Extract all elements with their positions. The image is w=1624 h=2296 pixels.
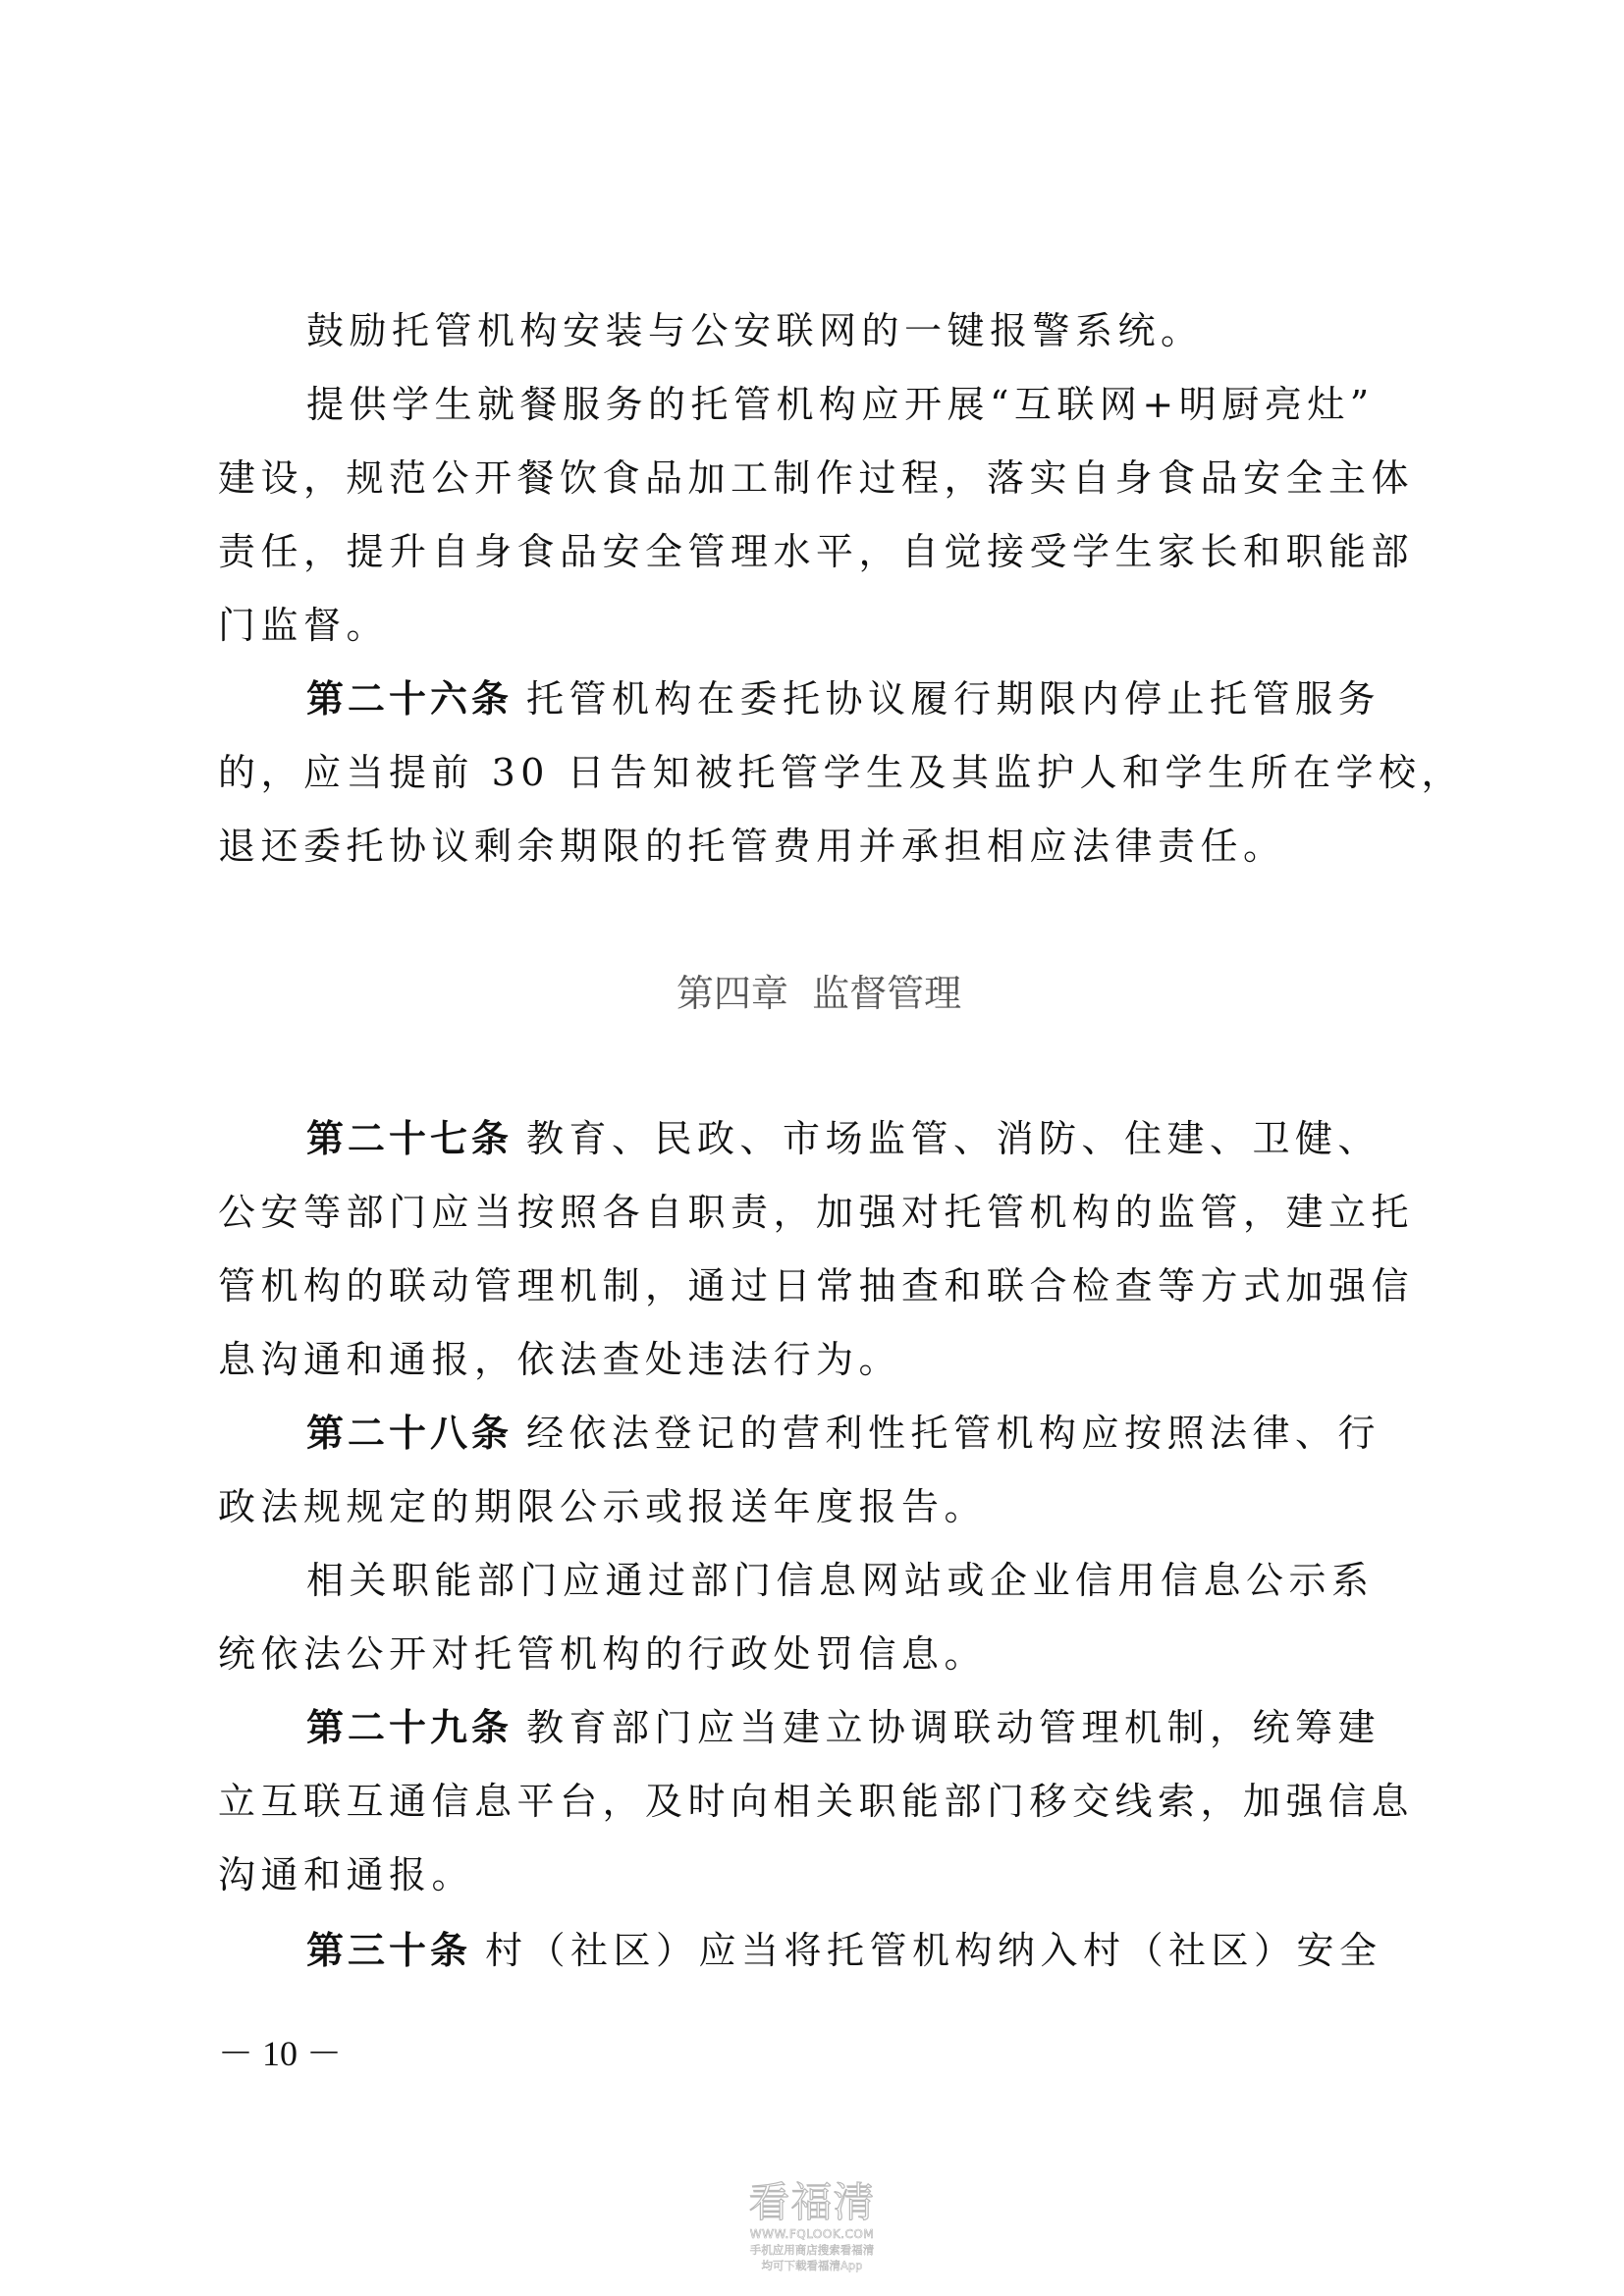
line-text: 门监督。 bbox=[218, 604, 389, 647]
page-number: － 10 － bbox=[218, 2029, 342, 2078]
watermark-logo: 看福清 bbox=[733, 2179, 891, 2226]
watermark: 看福清 WWW.FQLOOK.COM 手机应用商店搜索看福清 均可下载看福清Ap… bbox=[733, 2179, 891, 2273]
line-text: 公安等部门应当按照各自职责，加强对托管机构的监管，建立托 bbox=[218, 1191, 1414, 1234]
article-number: 第二十八条 bbox=[306, 1411, 513, 1455]
line-text: 相关职能部门应通过部门信息网站或企业信用信息公示系 bbox=[306, 1559, 1375, 1602]
line-text: 建设，规范公开餐饮食品加工制作过程，落实自身食品安全主体 bbox=[218, 456, 1414, 500]
line-text: 政法规规定的期限公示或报送年度报告。 bbox=[218, 1485, 987, 1528]
article-26-line: 第二十六条托管机构在委托协议履行期限内停止托管服务 bbox=[218, 669, 1514, 728]
line-text: 鼓励托管机构安装与公安联网的一键报警系统。 bbox=[306, 309, 1204, 352]
article-number: 第二十七条 bbox=[306, 1116, 513, 1160]
watermark-text: 手机应用商店搜索看福清 bbox=[733, 2242, 891, 2258]
paragraph-line: 门监督。 bbox=[218, 596, 1426, 655]
line-text: 经依法登记的营利性托管机构应按照法律、行 bbox=[526, 1412, 1380, 1455]
line-text: 立互联互通信息平台，及时向相关职能部门移交线索，加强信息 bbox=[218, 1780, 1414, 1823]
line-text: 村（社区）应当将托管机构纳入村（社区）安全 bbox=[485, 1929, 1382, 1972]
watermark-url: WWW.FQLOOK.COM bbox=[733, 2226, 891, 2242]
line-text: 统依法公开对托管机构的行政处罚信息。 bbox=[218, 1632, 987, 1676]
article-number: 第二十九条 bbox=[306, 1705, 513, 1749]
paragraph-line: 责任，提升自身食品安全管理水平，自觉接受学生家长和职能部 bbox=[218, 522, 1426, 581]
paragraph-line: 公安等部门应当按照各自职责，加强对托管机构的监管，建立托 bbox=[218, 1183, 1426, 1242]
line-text: 教育、民政、市场监管、消防、住建、卫健、 bbox=[526, 1117, 1380, 1160]
paragraph-line: 提供学生就餐服务的托管机构应开展“互联网+明厨亮灶” bbox=[218, 375, 1514, 434]
paragraph-line: 政法规规定的期限公示或报送年度报告。 bbox=[218, 1477, 1426, 1536]
article-number: 第三十条 bbox=[306, 1928, 471, 1972]
paragraph-line: 退还委托协议剩余期限的托管费用并承担相应法律责任。 bbox=[218, 817, 1426, 876]
line-text: 沟通和通报。 bbox=[218, 1853, 474, 1896]
paragraph-line: 沟通和通报。 bbox=[218, 1845, 1426, 1904]
paragraph-line: 鼓励托管机构安装与公安联网的一键报警系统。 bbox=[218, 301, 1514, 360]
paragraph-line: 的，应当提前 30 日告知被托管学生及其监护人和学生所在学校， bbox=[218, 743, 1426, 802]
line-text: 托管机构在委托协议履行期限内停止托管服务 bbox=[526, 677, 1380, 721]
line-text: 退还委托协议剩余期限的托管费用并承担相应法律责任。 bbox=[218, 825, 1286, 868]
article-29-line: 第二十九条教育部门应当建立协调联动管理机制，统筹建 bbox=[218, 1698, 1514, 1757]
line-text: 的，应当提前 30 日告知被托管学生及其监护人和学生所在学校， bbox=[218, 751, 1464, 794]
article-30-line: 第三十条村（社区）应当将托管机构纳入村（社区）安全 bbox=[218, 1921, 1514, 1980]
article-number: 第二十六条 bbox=[306, 676, 513, 721]
watermark-text: 均可下载看福清App bbox=[733, 2258, 891, 2273]
line-text: 息沟通和通报，依法查处违法行为。 bbox=[218, 1338, 901, 1381]
line-text: 管机构的联动管理机制，通过日常抽查和联合检查等方式加强信 bbox=[218, 1264, 1414, 1308]
article-27-line: 第二十七条教育、民政、市场监管、消防、住建、卫健、 bbox=[218, 1109, 1514, 1168]
line-text: 提供学生就餐服务的托管机构应开展“互联网+明厨亮灶” bbox=[306, 383, 1375, 426]
paragraph-line: 相关职能部门应通过部门信息网站或企业信用信息公示系 bbox=[218, 1551, 1514, 1610]
paragraph-line: 立互联互通信息平台，及时向相关职能部门移交线索，加强信息 bbox=[218, 1772, 1426, 1831]
paragraph-line: 建设，规范公开餐饮食品加工制作过程，落实自身食品安全主体 bbox=[218, 449, 1426, 507]
paragraph-line: 息沟通和通报，依法查处违法行为。 bbox=[218, 1330, 1426, 1389]
paragraph-line: 管机构的联动管理机制，通过日常抽查和联合检查等方式加强信 bbox=[218, 1256, 1426, 1315]
paragraph-line: 统依法公开对托管机构的行政处罚信息。 bbox=[218, 1625, 1426, 1683]
document-page: 鼓励托管机构安装与公安联网的一键报警系统。 提供学生就餐服务的托管机构应开展“互… bbox=[0, 0, 1624, 2296]
line-text: 责任，提升自身食品安全管理水平，自觉接受学生家长和职能部 bbox=[218, 530, 1414, 573]
chapter-heading: 第四章 监督管理 bbox=[0, 964, 1624, 1023]
line-text: 教育部门应当建立协调联动管理机制，统筹建 bbox=[526, 1706, 1380, 1749]
article-28-line: 第二十八条经依法登记的营利性托管机构应按照法律、行 bbox=[218, 1404, 1514, 1463]
